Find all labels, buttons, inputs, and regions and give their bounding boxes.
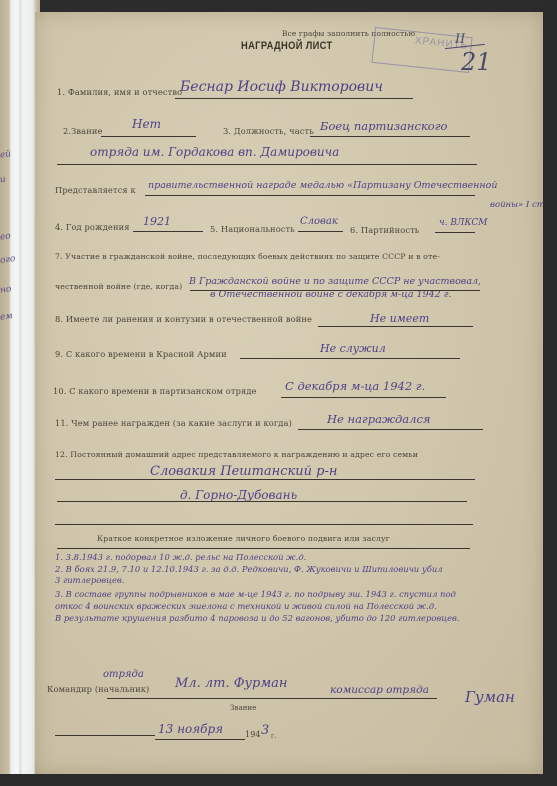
field-10-label: 10. С какого времени в партизанском отря… xyxy=(53,386,257,396)
commander-unit: отряда xyxy=(103,669,144,680)
field-6-value: ч. ВЛКСМ xyxy=(439,218,488,228)
field-12-value-line1: Словакия Пештанский р-н xyxy=(150,464,337,479)
field-11-label: 11. Чем ранее награжден (за какие заслуг… xyxy=(55,418,292,428)
field-2-line xyxy=(101,136,196,137)
nominated-label: Представляется к xyxy=(55,185,136,195)
award-sheet-page: Все графы заполнить полностью ХРАНИТЬ НА… xyxy=(35,12,543,774)
field-1-value: Беснар Иосиф Викторович xyxy=(180,79,383,95)
field-7-value-line1: В Гражданской войне и по защите СССР не … xyxy=(189,276,481,287)
feat-item-1: 1. 3.8.1943 г. подорвал 10 ж.д. рельс на… xyxy=(55,552,306,562)
commander-signature: Мл. лт. Фурман xyxy=(175,676,287,691)
date-line-left xyxy=(55,735,155,736)
field-8-line xyxy=(318,326,473,327)
field-12-line-2 xyxy=(57,501,467,502)
field-10-line xyxy=(281,397,446,398)
margin-note: ого xyxy=(0,254,16,266)
feat-item-3: 3. В составе группы подрывников в мае м-… xyxy=(55,589,456,599)
year-suffix: 3 xyxy=(261,723,269,738)
scan-border-top xyxy=(0,0,557,12)
margin-note: но xyxy=(0,284,12,295)
field-11-line xyxy=(298,429,483,430)
folio-number: 21 xyxy=(461,48,492,76)
field-12-value-line2: д. Горно-Дубовань xyxy=(180,488,297,502)
binding-strip: ей и ео ого но ем xyxy=(0,0,40,786)
field-3-line xyxy=(310,136,470,137)
field-7-label-cont: чественной войне (где, когда) xyxy=(55,282,182,291)
field-5-line xyxy=(298,231,343,232)
year-prefix: 194 xyxy=(245,730,261,739)
feat-heading-line xyxy=(57,548,470,549)
feat-item-2-cont: 3 гитлеровцев. xyxy=(55,575,124,585)
feat-item-2: 2. В боях 21.9, 7.10 и 12.10.1943 г. за … xyxy=(55,564,443,574)
field-12-label: 12. Постоянный домашний адрес представля… xyxy=(55,450,418,459)
year-unit: г. xyxy=(271,733,276,740)
commissar-title: комиссар отряда xyxy=(330,684,429,696)
scan-border-right xyxy=(543,0,557,786)
field-3-line-2 xyxy=(57,164,477,165)
field-7-label: 7. Участие в гражданской войне, последую… xyxy=(55,252,440,261)
field-5-label: 5. Национальность xyxy=(210,224,295,234)
field-9-line xyxy=(240,358,460,359)
signature-line xyxy=(107,698,437,699)
field-9-label: 9. С какого времени в Красной Армии xyxy=(55,349,227,359)
field-8-label: 8. Имеете ли ранения и контузии в отечес… xyxy=(55,314,312,324)
field-2-value: Нет xyxy=(132,117,161,131)
nominated-value: правительственной награде медалью «Парти… xyxy=(148,180,498,191)
scan-border-bottom xyxy=(0,774,557,786)
feat-heading: Краткое конкретное изложение личного бое… xyxy=(97,534,390,543)
field-3-value-line2: отряда им. Гордакова вп. Дамировича xyxy=(90,145,339,159)
commander-label: Командир (начальник) xyxy=(47,684,149,694)
field-10-value: С декабря м-ца 1942 г. xyxy=(285,379,425,393)
field-1-line xyxy=(175,98,413,99)
margin-note: ей xyxy=(0,149,12,160)
field-5-value: Словак xyxy=(300,216,338,227)
field-4-label: 4. Год рождения xyxy=(55,222,130,232)
field-3-value-line1: Боец партизанского xyxy=(320,119,447,133)
field-8-value: Не имеет xyxy=(370,312,429,325)
feat-item-3-cont-2: В результате крушения разбито 4 паровоза… xyxy=(55,613,460,623)
field-7-line xyxy=(190,290,480,291)
date-line xyxy=(155,739,245,740)
field-11-value: Не награждался xyxy=(327,412,431,426)
rank-label: Звание xyxy=(230,704,257,712)
feat-item-3-cont: откос 4 воинских вражеских эшелона с тех… xyxy=(55,601,437,611)
field-6-label: 6. Партийность xyxy=(350,225,419,235)
folio-mark: II xyxy=(455,32,465,47)
field-1-label: 1. Фамилия, имя и отчество xyxy=(57,87,182,97)
field-2-label: 2.Звание xyxy=(63,126,102,136)
margin-note: ем xyxy=(0,311,13,323)
margin-note: ео xyxy=(0,231,11,242)
commissar-signature: Гуман xyxy=(465,688,515,706)
field-12-line-1 xyxy=(55,479,475,480)
nominated-line xyxy=(145,195,475,196)
margin-note: и xyxy=(0,175,6,186)
field-3-label: 3. Должность, часть xyxy=(223,126,314,136)
field-4-value: 1921 xyxy=(143,215,171,228)
nominated-value-cont: войны» I ст. xyxy=(490,200,548,210)
field-9-value: Не служил xyxy=(320,342,386,355)
document-title: НАГРАДНОЙ ЛИСТ xyxy=(241,40,333,52)
field-12-line-3 xyxy=(55,524,473,525)
field-4-line xyxy=(133,231,203,232)
field-6-line xyxy=(435,232,475,233)
date-value: 13 ноября xyxy=(158,722,223,736)
